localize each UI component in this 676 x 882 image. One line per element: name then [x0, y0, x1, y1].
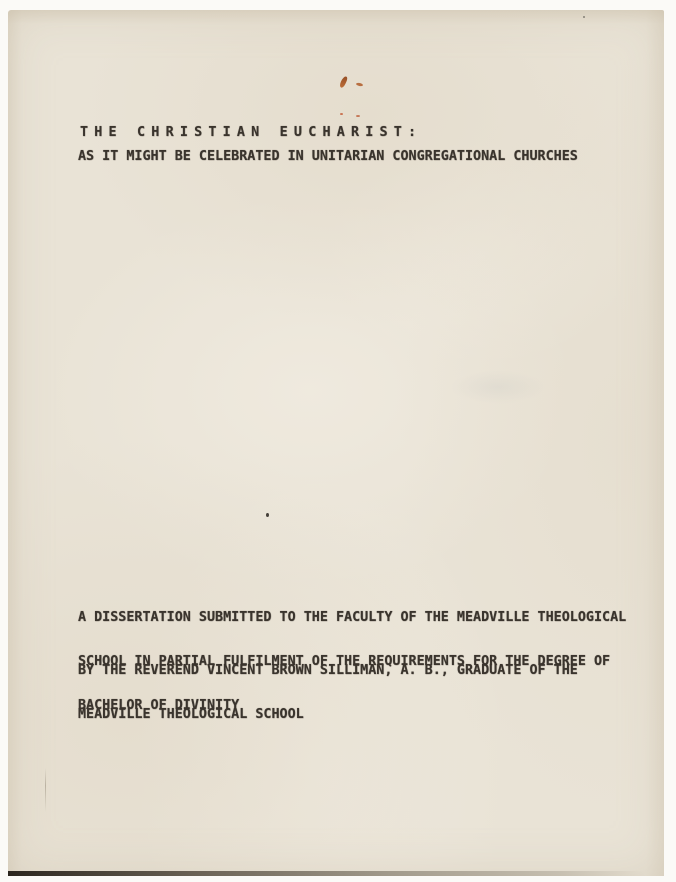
document-page: THE CHRISTIAN EUCHARIST: AS IT MIGHT BE … — [8, 10, 664, 876]
red-ink-speck — [356, 115, 360, 117]
scan-background: THE CHRISTIAN EUCHARIST: AS IT MIGHT BE … — [0, 0, 676, 882]
page-bottom-edge-shadow — [8, 871, 664, 876]
author-byline-line: MEADVILLE THEOLOGICAL SCHOOL — [78, 708, 578, 723]
author-byline: BY THE REVEREND VINCENT BROWN SILLIMAN, … — [78, 635, 578, 752]
ghost-smudge — [450, 370, 546, 404]
dissertation-statement-line: A DISSERTATION SUBMITTED TO THE FACULTY … — [78, 611, 626, 626]
rust-stain-dash — [356, 82, 363, 86]
document-subtitle: AS IT MIGHT BE CELEBRATED IN UNITARIAN C… — [78, 150, 578, 165]
red-ink-speck — [340, 113, 343, 115]
author-byline-line: BY THE REVEREND VINCENT BROWN SILLIMAN, … — [78, 664, 578, 679]
rust-stain-mark — [339, 76, 348, 89]
paper-scratch-line — [45, 768, 46, 812]
dust-speck — [583, 16, 585, 18]
ink-dot-mark — [266, 513, 269, 517]
document-title: THE CHRISTIAN EUCHARIST: — [80, 126, 422, 141]
